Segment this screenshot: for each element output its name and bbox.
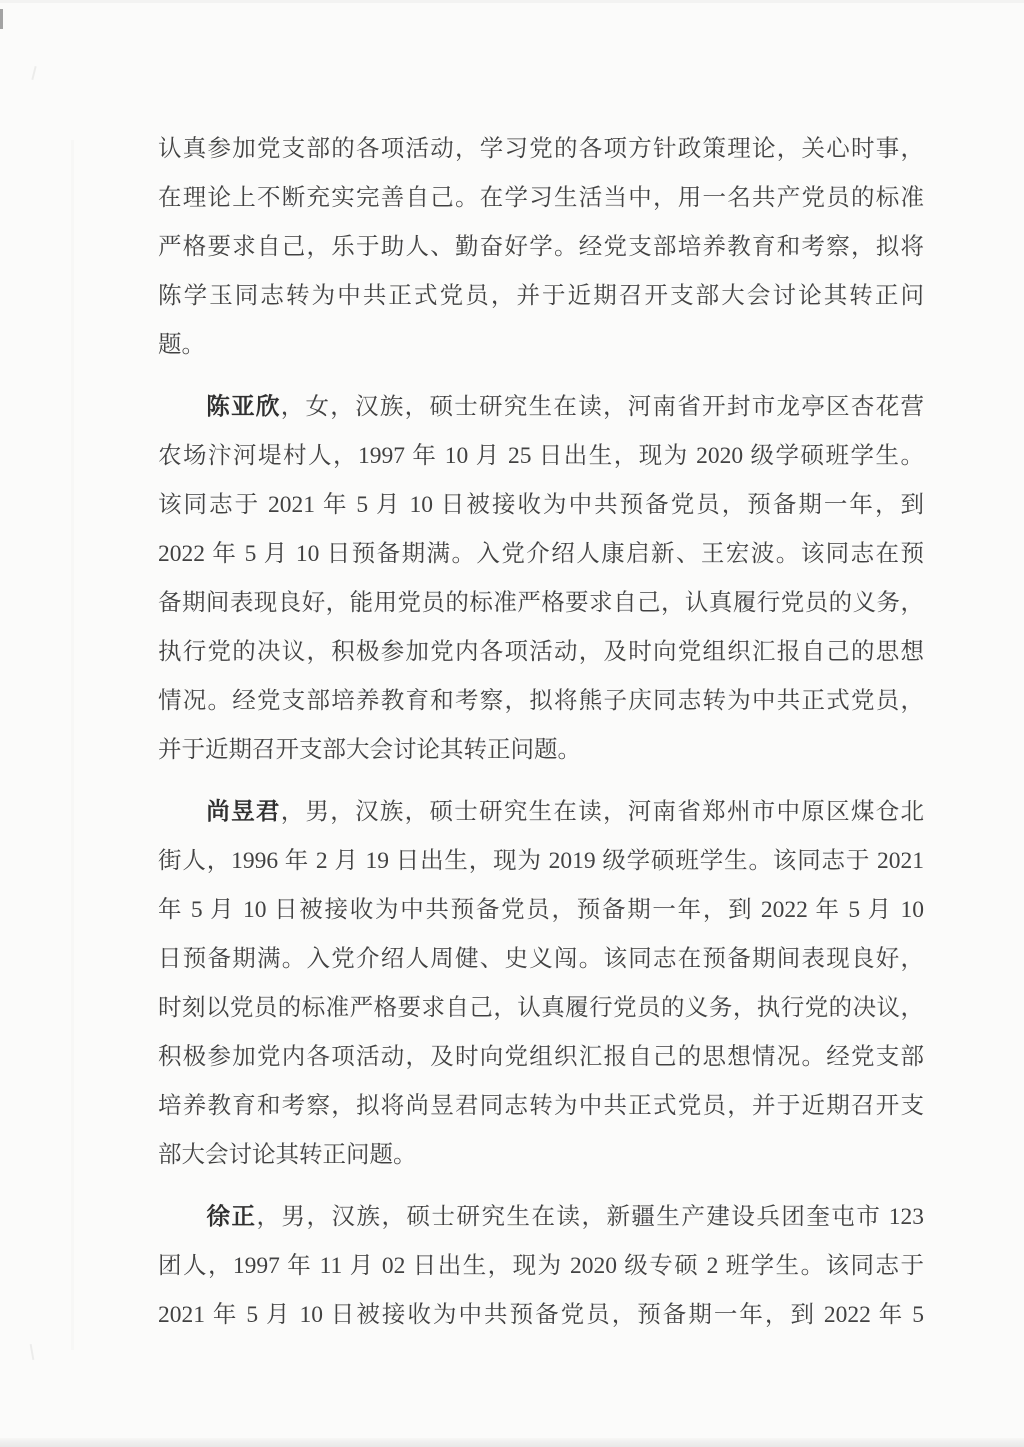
text-line: 积极参加党内各项活动，及时向党组织汇报自己的思想情况。经党支部 (158, 1033, 924, 1082)
text-line: 徐正，男，汉族，硕士研究生在读，新疆生产建设兵团奎屯市 123 (158, 1193, 924, 1242)
paragraph: 尚昱君，男，汉族，硕士研究生在读，河南省郑州市中原区煤仓北街人，1996 年 2… (158, 788, 924, 1180)
text-line: 情况。经党支部培养教育和考察，拟将熊子庆同志转为中共正式党员， (158, 677, 924, 726)
first-line-indent (158, 1223, 205, 1224)
paragraph: 认真参加党支部的各项活动，学习党的各项方针政策理论，关心时事，在理论上不断充实完… (158, 125, 924, 370)
text-line: 部大会讨论其转正问题。 (158, 1131, 924, 1180)
first-line-indent (158, 818, 205, 819)
text-line: 执行党的决议，积极参加党内各项活动，及时向党组织汇报自己的思想 (158, 628, 924, 677)
text-line: 并于近期召开支部大会讨论其转正问题。 (158, 726, 924, 775)
scan-mark-left (0, 9, 3, 29)
text-line: 陈学玉同志转为中共正式党员，并于近期召开支部大会讨论其转正问 (158, 272, 924, 321)
scan-edge-bottom (0, 1438, 1024, 1447)
text-line: 尚昱君，男，汉族，硕士研究生在读，河南省郑州市中原区煤仓北 (158, 788, 924, 837)
scan-edge-top (0, 0, 1024, 3)
text-line: 团人，1997 年 11 月 02 日出生，现为 2020 级专硕 2 班学生。… (158, 1242, 924, 1291)
text-line: 年 5 月 10 日被接收为中共预备党员，预备期一年，到 2022 年 5 月 … (158, 886, 924, 935)
person-name: 尚昱君 (205, 799, 281, 825)
text-line: 农场汴河堤村人，1997 年 10 月 25 日出生，现为 2020 级学硕班学… (158, 432, 924, 481)
text-line: 在理论上不断充实完善自己。在学习生活当中，用一名共产党员的标准 (158, 174, 924, 223)
person-name: 徐正 (205, 1204, 257, 1230)
text-line: 认真参加党支部的各项活动，学习党的各项方针政策理论，关心时事， (158, 125, 924, 174)
first-line-indent (158, 413, 205, 414)
text-line: 培养教育和考察，拟将尚昱君同志转为中共正式党员，并于近期召开支 (158, 1082, 924, 1131)
scan-shadow-stripe (71, 140, 74, 1350)
text-line: 严格要求自己，乐于助人、勤奋好学。经党支部培养教育和考察，拟将 (158, 223, 924, 272)
person-name: 陈亚欣 (205, 394, 281, 420)
scan-speck (30, 1344, 35, 1360)
text-line: 陈亚欣，女，汉族，硕士研究生在读，河南省开封市龙亭区杏花营 (158, 383, 924, 432)
text-line: 备期间表现良好，能用党员的标准严格要求自己，认真履行党员的义务， (158, 579, 924, 628)
text-line: 时刻以党员的标准严格要求自己，认真履行党员的义务，执行党的决议， (158, 984, 924, 1033)
text-line: 2022 年 5 月 10 日预备期满。入党介绍人康启新、王宏波。该同志在预 (158, 530, 924, 579)
document-text-block: 认真参加党支部的各项活动，学习党的各项方针政策理论，关心时事，在理论上不断充实完… (158, 125, 924, 1340)
text-line: 2021 年 5 月 10 日被接收为中共预备党员，预备期一年，到 2022 年… (158, 1291, 924, 1340)
document-page: 认真参加党支部的各项活动，学习党的各项方针政策理论，关心时事，在理论上不断充实完… (0, 0, 1024, 1447)
text-line: 题。 (158, 321, 924, 370)
paragraph: 陈亚欣，女，汉族，硕士研究生在读，河南省开封市龙亭区杏花营农场汴河堤村人，199… (158, 383, 924, 775)
scan-speck (31, 66, 36, 80)
text-line: 街人，1996 年 2 月 19 日出生，现为 2019 级学硕班学生。该同志于… (158, 837, 924, 886)
text-line: 该同志于 2021 年 5 月 10 日被接收为中共预备党员，预备期一年，到 (158, 481, 924, 530)
text-line: 日预备期满。入党介绍人周健、史义闯。该同志在预备期间表现良好， (158, 935, 924, 984)
paragraph: 徐正，男，汉族，硕士研究生在读，新疆生产建设兵团奎屯市 123团人，1997 年… (158, 1193, 924, 1340)
